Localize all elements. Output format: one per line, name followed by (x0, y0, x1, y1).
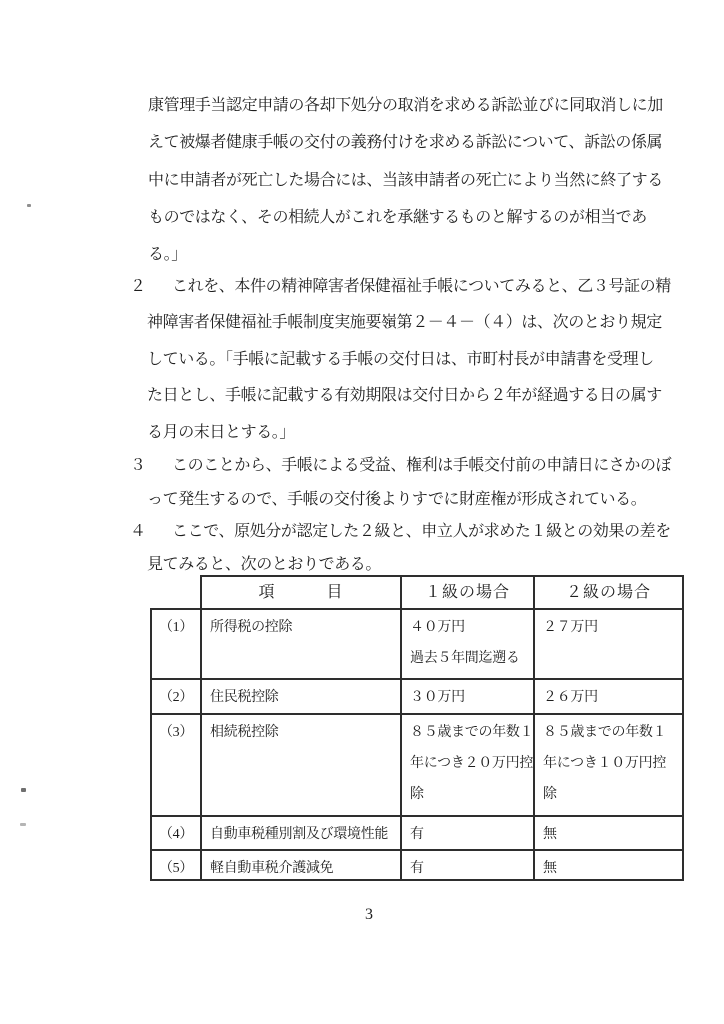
table-row-no: （3） (150, 713, 200, 815)
numbered-item-4: ４ ここで、原処分が認定した２級と、申立人が求めた１級との効果の差を 見てみると… (130, 515, 678, 582)
table-cell-item: 自動車税種別割及び環境性能割 (200, 815, 400, 849)
table-cell-grade1: ４０万円 過去５年間迄遡る (400, 608, 533, 678)
text-line: た日とし、手帳に記載する有効期限は交付日から２年が経過する日の属す (130, 378, 678, 414)
scan-speck (21, 788, 26, 792)
table-row-no: （2） (150, 678, 200, 713)
text-line: る。」 (148, 236, 678, 273)
text-line: このことから、手帳による受益、権利は手帳交付前の申請日にさかのぼ (130, 449, 678, 483)
table-cell-item: 相続税控除 (200, 713, 400, 815)
scan-speck (27, 204, 31, 207)
table-header-item: 項 目 (200, 575, 400, 608)
page-number: 3 (0, 903, 724, 927)
text-line: これを、本件の精神障害者保健福祉手帳についてみると、乙３号証の精 (130, 269, 678, 305)
table-row-no: （5） (150, 849, 200, 881)
table-cell-grade1: 有 (400, 849, 533, 881)
table-cell-grade1: 有 (400, 815, 533, 849)
text-line: 中に申請者が死亡した場合には、当該申請者の死亡により当然に終了する (148, 162, 678, 199)
table-cell-grade2: 無 (533, 849, 684, 881)
table-cell-grade2: 無 (533, 815, 684, 849)
table-cell-grade1: ８５歳までの年数１ 年につき２０万円控 除 (400, 713, 533, 815)
table-header-grade2: ２級の場合 (533, 575, 684, 608)
document-page: 康管理手当認定申請の各却下処分の取消を求める訴訟並びに同取消しに加 えて被爆者健… (0, 0, 724, 1024)
table-cell-grade2: ８５歳までの年数１ 年につき１０万円控 除 (533, 713, 684, 815)
text-line: る月の末日とする。」 (130, 415, 678, 451)
scan-speck (20, 823, 26, 826)
table-corner-cell (150, 575, 200, 608)
text-line: している。「手帳に記載する手帳の交付日は、市町村長が申請書を受理し (130, 342, 678, 378)
text-line: 康管理手当認定申請の各却下処分の取消を求める訴訟並びに同取消しに加 (148, 87, 678, 124)
table-cell-item: 所得税の控除 (200, 608, 400, 678)
table-row-no: （1） (150, 608, 200, 678)
table-cell-item: 住民税控除 (200, 678, 400, 713)
table-header-grade1: １級の場合 (400, 575, 533, 608)
text-line: えて被爆者健康手帳の交付の義務付けを求める訴訟について、訴訟の係属 (148, 124, 678, 161)
item-number: ２ (130, 269, 146, 305)
table-cell-grade2: ２６万円 (533, 678, 684, 713)
numbered-item-2: ２ これを、本件の精神障害者保健福祉手帳についてみると、乙３号証の精 神障害者保… (130, 269, 678, 451)
table-cell-grade1: ３０万円 (400, 678, 533, 713)
table-cell-grade2: ２７万円 (533, 608, 684, 678)
quoted-paragraph: 康管理手当認定申請の各却下処分の取消を求める訴訟並びに同取消しに加 えて被爆者健… (148, 87, 678, 273)
text-line: って発生するので、手帳の交付後よりすでに財産権が形成されている。 (130, 483, 678, 517)
text-line: ここで、原処分が認定した２級と、申立人が求めた１級との効果の差を (130, 515, 678, 548)
item-number: ４ (130, 515, 146, 548)
comparison-table: 項 目 １級の場合 ２級の場合 （1） 所得税の控除 ４０万円 過去５年間迄遡る… (150, 575, 684, 881)
item-number: ３ (130, 449, 146, 483)
text-line: ものではなく、その相続人がこれを承継するものと解するのが相当であ (148, 199, 678, 236)
numbered-item-3: ３ このことから、手帳による受益、権利は手帳交付前の申請日にさかのぼ って発生す… (130, 449, 678, 517)
text-line: 神障害者保健福祉手帳制度実施要嶺第２－４－（４）は、次のとおり規定 (130, 305, 678, 341)
table-cell-item: 軽自動車税介護減免 (200, 849, 400, 881)
table-row-no: （4） (150, 815, 200, 849)
